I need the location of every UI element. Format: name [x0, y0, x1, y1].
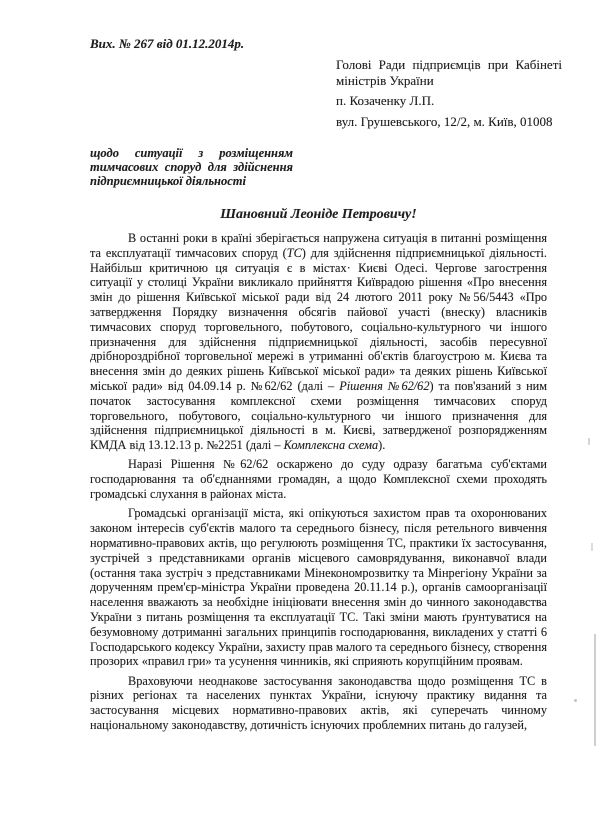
recipient-org: Голові Ради підприємців при Кабінеті мін… — [336, 57, 562, 89]
body-text: ) для здійснення підприємницької діяльно… — [90, 246, 547, 393]
letter-page: Вих. № 267 від 01.12.2014р. Голові Ради … — [0, 0, 600, 834]
scan-artifact-dot — [588, 438, 590, 445]
scan-artifact-dot — [574, 699, 577, 702]
body-paragraph: Наразі Рішення №62/62 оскаржено до суду … — [90, 457, 547, 501]
body-text: Наразі Рішення №62/62 оскаржено до суду … — [90, 457, 547, 501]
body-text: Враховуючи неоднакове застосування закон… — [90, 674, 547, 732]
italic-term: Комплексна схема — [284, 438, 378, 452]
scan-artifact-line — [594, 634, 596, 746]
salutation: Шановний Леоніде Петровичу! — [90, 207, 547, 223]
body-paragraph: Громадські організації міста, які опікую… — [90, 506, 547, 669]
body-paragraph: В останні роки в країні зберігається нап… — [90, 231, 547, 453]
italic-term: Рішення №62/62 — [339, 379, 429, 393]
body-text: ). — [378, 438, 385, 452]
recipient-person: п. Козаченку Л.П. — [336, 93, 562, 109]
outgoing-ref-number: Вих. № 267 від 01.12.2014р. — [90, 36, 244, 52]
body-paragraph: Враховуючи неоднакове застосування закон… — [90, 674, 547, 733]
letter-body: В останні роки в країні зберігається нап… — [90, 231, 547, 737]
recipient-block: Голові Ради підприємців при Кабінеті мін… — [336, 57, 562, 134]
subject-note: щодо ситуації з розміщенням тимчасових с… — [90, 146, 293, 189]
recipient-address: вул. Грушевського, 12/2, м. Київ, 01008 — [336, 114, 562, 130]
italic-term: ТС — [287, 246, 302, 260]
body-text: Громадські організації міста, які опікую… — [90, 506, 547, 668]
scan-artifact-dot — [591, 543, 593, 551]
